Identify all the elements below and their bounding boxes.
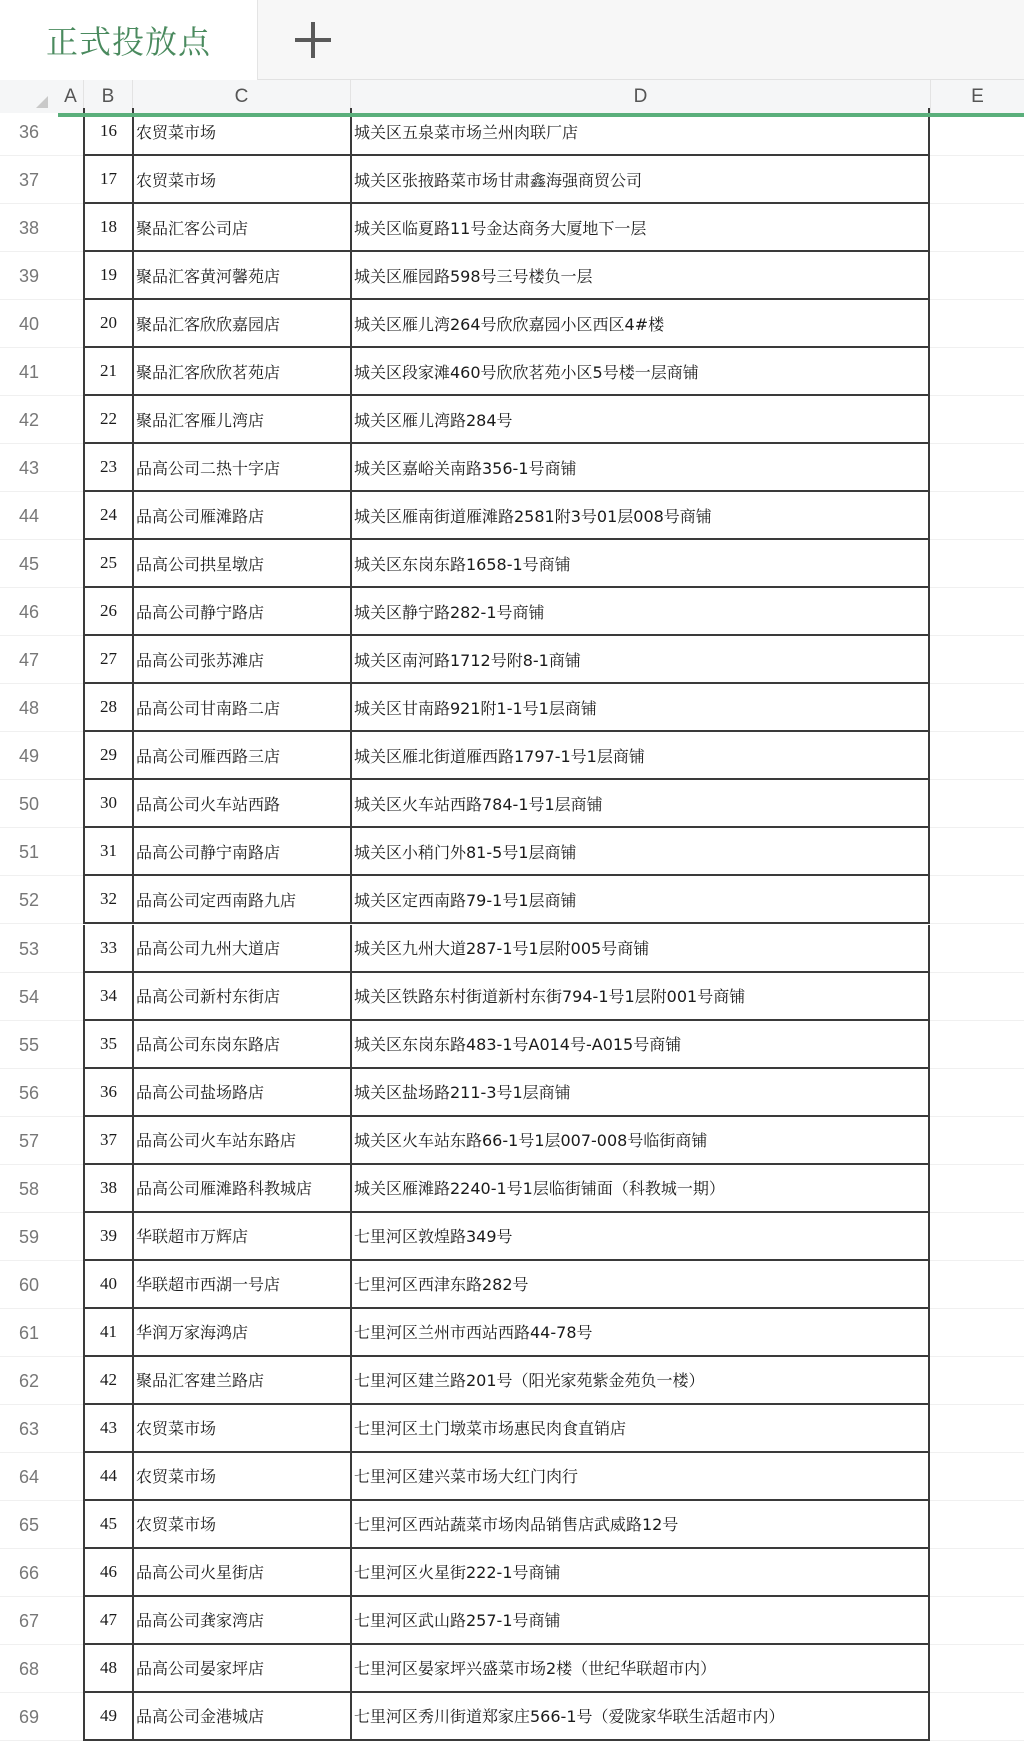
row-header[interactable]: 47 <box>0 636 58 684</box>
row-header[interactable]: 38 <box>0 204 58 252</box>
cell-index[interactable]: 26 <box>83 588 132 636</box>
table-row: 45农贸菜市场七里河区西站蔬菜市场肉品销售店武威路12号 <box>58 1501 1024 1549</box>
cell-index[interactable]: 33 <box>83 925 132 973</box>
cell-index[interactable]: 41 <box>83 1309 132 1357</box>
cell-index[interactable]: 40 <box>83 1261 132 1309</box>
cell-address[interactable]: 七里河区西站蔬菜市场肉品销售店武威路12号 <box>350 1501 930 1549</box>
table-row: 31品高公司静宁南路店城关区小稍门外81-5号1层商铺 <box>58 828 1024 876</box>
cell-e[interactable] <box>930 492 1024 540</box>
cell-store-name[interactable]: 聚品汇客黄河馨苑店 <box>132 252 350 300</box>
cell-e[interactable] <box>930 1213 1024 1261</box>
cell-e[interactable] <box>930 1021 1024 1069</box>
table-row: 26品高公司静宁路店城关区静宁路282-1号商铺 <box>58 588 1024 636</box>
cell-e[interactable] <box>930 1501 1024 1549</box>
row-header[interactable]: 36 <box>0 108 58 156</box>
cell-index[interactable]: 49 <box>83 1693 132 1741</box>
cell-a[interactable] <box>58 300 83 348</box>
cell-a[interactable] <box>58 540 83 588</box>
cell-a[interactable] <box>58 348 83 396</box>
table-row: 41华润万家海鸿店七里河区兰州市西站西路44-78号 <box>58 1309 1024 1357</box>
cell-address[interactable]: 七里河区西津东路282号 <box>350 1261 930 1309</box>
row-header[interactable]: 54 <box>0 973 58 1021</box>
cell-store-name[interactable]: 品高公司拱星墩店 <box>132 540 350 588</box>
cell-address[interactable]: 七里河区火星街222-1号商铺 <box>350 1549 930 1597</box>
cell-store-name[interactable]: 品高公司张苏滩店 <box>132 636 350 684</box>
sheet-tab-active[interactable]: 正式投放点 <box>0 0 258 80</box>
cell-address[interactable]: 城关区段家滩460号欣欣茗苑小区5号楼一层商铺 <box>350 348 930 396</box>
cell-a[interactable] <box>58 925 83 973</box>
cell-a[interactable] <box>58 204 83 252</box>
cell-address[interactable]: 七里河区晏家坪兴盛菜市场2楼（世纪华联超市内） <box>350 1645 930 1693</box>
cell-address[interactable]: 七里河区敦煌路349号 <box>350 1213 930 1261</box>
cell-a[interactable] <box>58 1645 83 1693</box>
cell-a[interactable] <box>58 1597 83 1645</box>
row-header[interactable]: 52 <box>0 876 58 924</box>
row-header[interactable]: 67 <box>0 1597 58 1645</box>
row-header[interactable]: 48 <box>0 684 58 732</box>
row-header[interactable]: 39 <box>0 252 58 300</box>
table-row: 32品高公司定西南路九店城关区定西南路79-1号1层商铺 <box>58 876 1024 924</box>
cell-store-name[interactable]: 华联超市西湖一号店 <box>132 1261 350 1309</box>
cell-e[interactable] <box>930 204 1024 252</box>
cell-address[interactable]: 城关区雁儿湾路284号 <box>350 396 930 444</box>
cell-store-name[interactable]: 品高公司雁滩路科教城店 <box>132 1165 350 1213</box>
sheet-tab-label: 正式投放点 <box>46 17 211 63</box>
cell-a[interactable] <box>58 1405 83 1453</box>
table-row: 43农贸菜市场七里河区土门墩菜市场惠民肉食直销店 <box>58 1405 1024 1453</box>
cell-index[interactable]: 28 <box>83 684 132 732</box>
cell-a[interactable] <box>58 1309 83 1357</box>
cell-store-name[interactable]: 华联超市万辉店 <box>132 1213 350 1261</box>
cell-e[interactable] <box>930 1165 1024 1213</box>
cell-a[interactable] <box>58 684 83 732</box>
cell-a[interactable] <box>58 732 83 780</box>
table-row: 34品高公司新村东街店城关区铁路东村街道新村东街794-1号1层附001号商铺 <box>58 973 1024 1021</box>
row-header[interactable]: 40 <box>0 300 58 348</box>
cell-address[interactable]: 城关区火车站东路66-1号1层007-008号临街商铺 <box>350 1117 930 1165</box>
table-row: 29品高公司雁西路三店城关区雁北街道雁西路1797-1号1层商铺 <box>58 732 1024 780</box>
cell-address[interactable]: 七里河区武山路257-1号商铺 <box>350 1597 930 1645</box>
row-header[interactable]: 65 <box>0 1501 58 1549</box>
cell-index[interactable]: 27 <box>83 636 132 684</box>
row-header[interactable]: 55 <box>0 1021 58 1069</box>
corner-triangle-icon <box>36 96 48 108</box>
row-header[interactable]: 51 <box>0 828 58 876</box>
cell-store-name[interactable]: 品高公司晏家坪店 <box>132 1645 350 1693</box>
table-row: 46品高公司火星街店七里河区火星街222-1号商铺 <box>58 1549 1024 1597</box>
cell-store-name[interactable]: 品高公司静宁南路店 <box>132 828 350 876</box>
cell-index[interactable]: 34 <box>83 973 132 1021</box>
cell-address[interactable]: 城关区雁北街道雁西路1797-1号1层商铺 <box>350 732 930 780</box>
cell-address[interactable]: 城关区小稍门外81-5号1层商铺 <box>350 828 930 876</box>
table-row: 24品高公司雁滩路店城关区雁南街道雁滩路2581附3号01层008号商铺 <box>58 492 1024 540</box>
row-header[interactable]: 46 <box>0 588 58 636</box>
plus-icon[interactable] <box>290 18 336 64</box>
table-row: 36品高公司盐场路店城关区盐场路211-3号1层商铺 <box>58 1069 1024 1117</box>
cell-index[interactable]: 37 <box>83 1117 132 1165</box>
table-row: 35品高公司东岗东路店城关区东岗东路483-1号A014号-A015号商铺 <box>58 1021 1024 1069</box>
cell-a[interactable] <box>58 876 83 924</box>
row-header[interactable]: 49 <box>0 732 58 780</box>
cell-store-name[interactable]: 品高公司龚家湾店 <box>132 1597 350 1645</box>
table-row: 42聚品汇客建兰路店七里河区建兰路201号（阳光家苑紫金苑负一楼） <box>58 1357 1024 1405</box>
cell-a[interactable] <box>58 1549 83 1597</box>
cell-index[interactable]: 21 <box>83 348 132 396</box>
cell-a[interactable] <box>58 973 83 1021</box>
cell-index[interactable]: 25 <box>83 540 132 588</box>
cell-store-name[interactable]: 品高公司雁西路三店 <box>132 732 350 780</box>
cell-e[interactable] <box>930 252 1024 300</box>
row-header[interactable]: 45 <box>0 540 58 588</box>
cell-address[interactable]: 城关区张掖路菜市场甘肃鑫海强商贸公司 <box>350 156 930 204</box>
cell-a[interactable] <box>58 1213 83 1261</box>
cell-e[interactable] <box>930 540 1024 588</box>
cell-store-name[interactable]: 品高公司盐场路店 <box>132 1069 350 1117</box>
cell-store-name[interactable]: 品高公司雁滩路店 <box>132 492 350 540</box>
cell-a[interactable] <box>58 1261 83 1309</box>
cell-store-name[interactable]: 品高公司东岗东路店 <box>132 1021 350 1069</box>
cell-e[interactable] <box>930 1069 1024 1117</box>
cell-index[interactable]: 43 <box>83 1405 132 1453</box>
cell-e[interactable] <box>930 780 1024 828</box>
table-row: 38品高公司雁滩路科教城店城关区雁滩路2240-1号1层临街铺面（科教城一期） <box>58 1165 1024 1213</box>
table-row: 18聚品汇客公司店城关区临夏路11号金达商务大厦地下一层 <box>58 204 1024 252</box>
cell-e[interactable] <box>930 1453 1024 1501</box>
table-row: 39华联超市万辉店七里河区敦煌路349号 <box>58 1213 1024 1261</box>
cell-index[interactable]: 45 <box>83 1501 132 1549</box>
table-row: 22聚品汇客雁儿湾店城关区雁儿湾路284号 <box>58 396 1024 444</box>
cell-index[interactable]: 31 <box>83 828 132 876</box>
cell-e[interactable] <box>930 828 1024 876</box>
cell-index[interactable]: 48 <box>83 1645 132 1693</box>
cell-a[interactable] <box>58 588 83 636</box>
row-header[interactable]: 62 <box>0 1357 58 1405</box>
cell-index[interactable]: 47 <box>83 1597 132 1645</box>
cell-address[interactable]: 城关区静宁路282-1号商铺 <box>350 588 930 636</box>
cell-address[interactable]: 城关区雁儿湾264号欣欣嘉园小区西区4#楼 <box>350 300 930 348</box>
cell-store-name[interactable]: 聚品汇客欣欣茗苑店 <box>132 348 350 396</box>
cell-address[interactable]: 城关区甘南路921附1-1号1层商铺 <box>350 684 930 732</box>
cell-store-name[interactable]: 品高公司火车站西路 <box>132 780 350 828</box>
row-header[interactable]: 57 <box>0 1117 58 1165</box>
cell-store-name[interactable]: 品高公司火车站东路店 <box>132 1117 350 1165</box>
sheet-tab-bar: 正式投放点 <box>0 0 1024 80</box>
cell-e[interactable] <box>930 396 1024 444</box>
cell-index[interactable]: 35 <box>83 1021 132 1069</box>
cell-a[interactable] <box>58 444 83 492</box>
cell-e[interactable] <box>930 1597 1024 1645</box>
cell-e[interactable] <box>930 876 1024 924</box>
cell-address[interactable]: 城关区盐场路211-3号1层商铺 <box>350 1069 930 1117</box>
table-row: 25品高公司拱星墩店城关区东岗东路1658-1号商铺 <box>58 540 1024 588</box>
row-header[interactable]: 61 <box>0 1309 58 1357</box>
cell-address[interactable]: 七里河区土门墩菜市场惠民肉食直销店 <box>350 1405 930 1453</box>
cell-e[interactable] <box>930 588 1024 636</box>
cell-address[interactable]: 城关区东岗东路483-1号A014号-A015号商铺 <box>350 1021 930 1069</box>
cell-address[interactable]: 城关区定西南路79-1号1层商铺 <box>350 876 930 924</box>
cell-e[interactable] <box>930 1693 1024 1741</box>
cell-e[interactable] <box>930 444 1024 492</box>
cell-index[interactable]: 17 <box>83 156 132 204</box>
table-row: 28品高公司甘南路二店城关区甘南路921附1-1号1层商铺 <box>58 684 1024 732</box>
cell-address[interactable]: 城关区铁路东村街道新村东街794-1号1层附001号商铺 <box>350 973 930 1021</box>
cell-store-name[interactable]: 品高公司定西南路九店 <box>132 876 350 924</box>
cell-store-name[interactable]: 品高公司静宁路店 <box>132 588 350 636</box>
frozen-pane-divider <box>58 113 1024 117</box>
cell-e[interactable] <box>930 348 1024 396</box>
cell-index[interactable]: 29 <box>83 732 132 780</box>
cell-index[interactable]: 44 <box>83 1453 132 1501</box>
row-header[interactable]: 64 <box>0 1453 58 1501</box>
cell-e[interactable] <box>930 1357 1024 1405</box>
row-header[interactable]: 56 <box>0 1069 58 1117</box>
cell-a[interactable] <box>58 1117 83 1165</box>
table-row: 21聚品汇客欣欣茗苑店城关区段家滩460号欣欣茗苑小区5号楼一层商铺 <box>58 348 1024 396</box>
row-header[interactable]: 59 <box>0 1213 58 1261</box>
cell-a[interactable] <box>58 1069 83 1117</box>
table-row: 20聚品汇客欣欣嘉园店城关区雁儿湾264号欣欣嘉园小区西区4#楼 <box>58 300 1024 348</box>
cell-address[interactable]: 七里河区秀川街道郑家庄566-1号（爱陇家华联生活超市内） <box>350 1693 930 1741</box>
row-header[interactable]: 63 <box>0 1405 58 1453</box>
cell-store-name[interactable]: 品高公司金港城店 <box>132 1693 350 1741</box>
cell-e[interactable] <box>930 300 1024 348</box>
cell-store-name[interactable]: 品高公司新村东街店 <box>132 973 350 1021</box>
cell-a[interactable] <box>58 1501 83 1549</box>
cell-e[interactable] <box>930 1405 1024 1453</box>
table-row: 49品高公司金港城店七里河区秀川街道郑家庄566-1号（爱陇家华联生活超市内） <box>58 1693 1024 1741</box>
cell-index[interactable]: 30 <box>83 780 132 828</box>
cell-a[interactable] <box>58 828 83 876</box>
cell-store-name[interactable]: 农贸菜市场 <box>132 1405 350 1453</box>
cell-a[interactable] <box>58 396 83 444</box>
cell-address[interactable]: 七里河区兰州市西站西路44-78号 <box>350 1309 930 1357</box>
table-row: 44农贸菜市场七里河区建兴菜市场大红门肉行 <box>58 1453 1024 1501</box>
cell-a[interactable] <box>58 780 83 828</box>
cell-index[interactable]: 36 <box>83 1069 132 1117</box>
cell-store-name[interactable]: 农贸菜市场 <box>132 1453 350 1501</box>
cell-address[interactable]: 城关区南河路1712号附8-1商铺 <box>350 636 930 684</box>
cell-e[interactable] <box>930 156 1024 204</box>
cell-e[interactable] <box>930 636 1024 684</box>
cell-a[interactable] <box>58 492 83 540</box>
table-row: 37品高公司火车站东路店城关区火车站东路66-1号1层007-008号临街商铺 <box>58 1117 1024 1165</box>
table-row: 40华联超市西湖一号店七里河区西津东路282号 <box>58 1261 1024 1309</box>
cell-a[interactable] <box>58 1693 83 1741</box>
cell-store-name[interactable]: 品高公司甘南路二店 <box>132 684 350 732</box>
cell-index[interactable]: 22 <box>83 396 132 444</box>
row-header[interactable]: 43 <box>0 444 58 492</box>
cell-a[interactable] <box>58 1453 83 1501</box>
cell-index[interactable]: 19 <box>83 252 132 300</box>
cell-e[interactable] <box>930 732 1024 780</box>
cell-index[interactable]: 42 <box>83 1357 132 1405</box>
cell-store-name[interactable]: 聚品汇客建兰路店 <box>132 1357 350 1405</box>
cell-e[interactable] <box>930 1261 1024 1309</box>
cell-e[interactable] <box>930 1117 1024 1165</box>
table-row: 27品高公司张苏滩店城关区南河路1712号附8-1商铺 <box>58 636 1024 684</box>
cell-a[interactable] <box>58 252 83 300</box>
cell-a[interactable] <box>58 1357 83 1405</box>
row-header[interactable]: 68 <box>0 1645 58 1693</box>
cell-store-name[interactable]: 品高公司二热十字店 <box>132 444 350 492</box>
row-header[interactable]: 44 <box>0 492 58 540</box>
cell-e[interactable] <box>930 1645 1024 1693</box>
cell-index[interactable]: 39 <box>83 1213 132 1261</box>
cell-a[interactable] <box>58 1021 83 1069</box>
cell-a[interactable] <box>58 636 83 684</box>
cell-index[interactable]: 46 <box>83 1549 132 1597</box>
cell-address[interactable]: 城关区火车站西路784-1号1层商铺 <box>350 780 930 828</box>
cell-address[interactable]: 城关区九州大道287-1号1层附005号商铺 <box>350 925 930 973</box>
cell-index[interactable]: 38 <box>83 1165 132 1213</box>
row-header[interactable]: 58 <box>0 1165 58 1213</box>
cell-a[interactable] <box>58 1165 83 1213</box>
cell-index[interactable]: 20 <box>83 300 132 348</box>
row-header[interactable]: 42 <box>0 396 58 444</box>
cell-store-name[interactable]: 华润万家海鸿店 <box>132 1309 350 1357</box>
cell-index[interactable]: 23 <box>83 444 132 492</box>
cell-address[interactable]: 城关区雁园路598号三号楼负一层 <box>350 252 930 300</box>
row-header[interactable]: 69 <box>0 1693 58 1741</box>
cell-address[interactable]: 城关区临夏路11号金达商务大厦地下一层 <box>350 204 930 252</box>
cell-store-name[interactable]: 聚品汇客公司店 <box>132 204 350 252</box>
row-header[interactable]: 41 <box>0 348 58 396</box>
cell-store-name[interactable]: 聚品汇客欣欣嘉园店 <box>132 300 350 348</box>
table-row: 17农贸菜市场城关区张掖路菜市场甘肃鑫海强商贸公司 <box>58 156 1024 204</box>
cell-e[interactable] <box>930 1549 1024 1597</box>
row-header[interactable]: 53 <box>0 925 58 973</box>
row-header[interactable]: 50 <box>0 780 58 828</box>
cell-address[interactable]: 城关区嘉峪关南路356-1号商铺 <box>350 444 930 492</box>
cell-index[interactable]: 18 <box>83 204 132 252</box>
cell-index[interactable]: 24 <box>83 492 132 540</box>
cell-e[interactable] <box>930 925 1024 973</box>
table-row: 19聚品汇客黄河馨苑店城关区雁园路598号三号楼负一层 <box>58 252 1024 300</box>
cell-store-name[interactable]: 农贸菜市场 <box>132 1501 350 1549</box>
cell-a[interactable] <box>58 156 83 204</box>
row-header[interactable]: 60 <box>0 1261 58 1309</box>
table-row: 48品高公司晏家坪店七里河区晏家坪兴盛菜市场2楼（世纪华联超市内） <box>58 1645 1024 1693</box>
cell-store-name[interactable]: 品高公司火星街店 <box>132 1549 350 1597</box>
table-row: 30品高公司火车站西路城关区火车站西路784-1号1层商铺 <box>58 780 1024 828</box>
cell-store-name[interactable]: 聚品汇客雁儿湾店 <box>132 396 350 444</box>
row-header[interactable]: 66 <box>0 1549 58 1597</box>
cell-address[interactable]: 城关区东岗东路1658-1号商铺 <box>350 540 930 588</box>
cell-address[interactable]: 城关区雁南街道雁滩路2581附3号01层008号商铺 <box>350 492 930 540</box>
cell-e[interactable] <box>930 973 1024 1021</box>
row-header[interactable]: 37 <box>0 156 58 204</box>
cell-address[interactable]: 城关区雁滩路2240-1号1层临街铺面（科教城一期） <box>350 1165 930 1213</box>
cell-store-name[interactable]: 品高公司九州大道店 <box>132 925 350 973</box>
cell-index[interactable]: 32 <box>83 876 132 924</box>
cell-e[interactable] <box>930 684 1024 732</box>
table-row: 47品高公司龚家湾店七里河区武山路257-1号商铺 <box>58 1597 1024 1645</box>
table-row: 23品高公司二热十字店城关区嘉峪关南路356-1号商铺 <box>58 444 1024 492</box>
table-row: 33品高公司九州大道店城关区九州大道287-1号1层附005号商铺 <box>58 925 1024 973</box>
cell-address[interactable]: 七里河区建兴菜市场大红门肉行 <box>350 1453 930 1501</box>
cell-store-name[interactable]: 农贸菜市场 <box>132 156 350 204</box>
cell-address[interactable]: 七里河区建兰路201号（阳光家苑紫金苑负一楼） <box>350 1357 930 1405</box>
cell-e[interactable] <box>930 1309 1024 1357</box>
